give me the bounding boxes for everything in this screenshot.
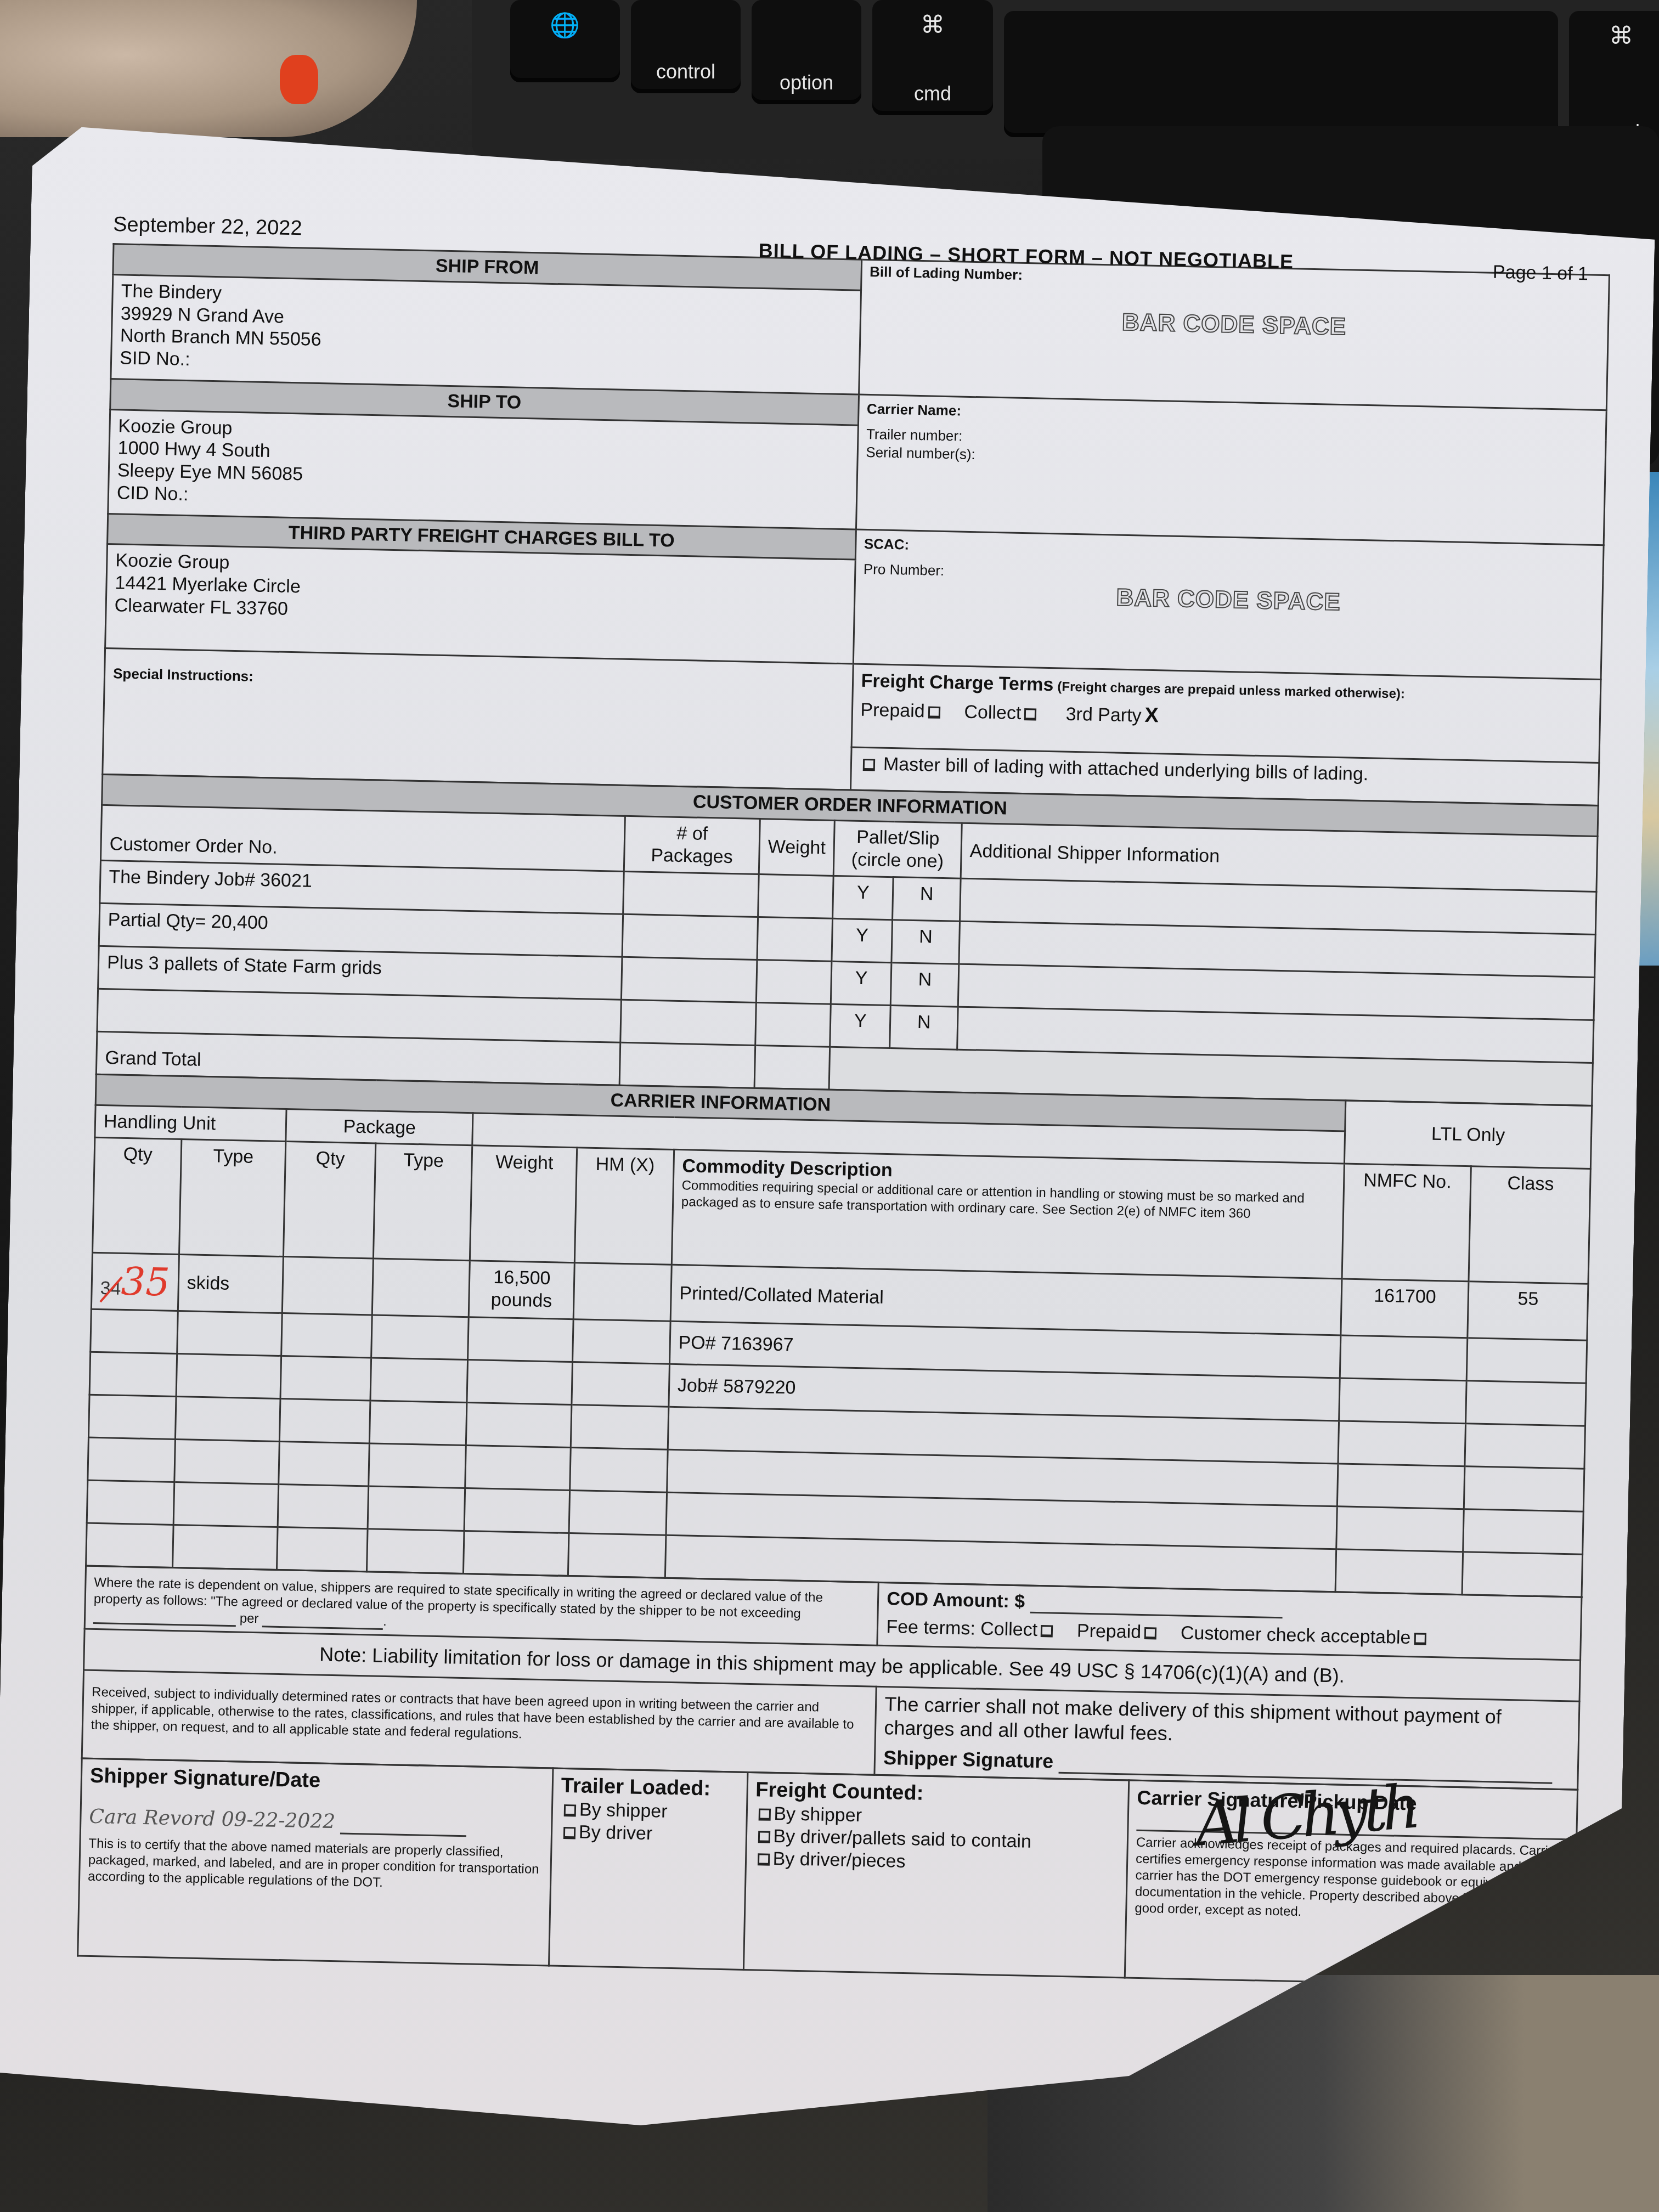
weight-cell[interactable] [758,874,833,918]
shipper-sig-date-cell: Shipper Signature/Date Cara Revord 09-22… [78,1758,553,1966]
signature-table: Shipper Signature/Date Cara Revord 09-22… [77,1757,1578,1988]
scac-cell: SCAC: Pro Number: BAR CODE SPACE [853,529,1604,680]
fee-terms-label: Fee terms: [886,1616,975,1639]
declared-value-field[interactable] [93,1613,236,1627]
packages-cell[interactable] [622,957,757,1002]
shipper-sig-date-label: Shipper Signature/Date [90,1764,545,1798]
col-commodity: Commodity Description Commodities requir… [672,1150,1344,1279]
shipper-handwritten-signature[interactable]: Cara Revord 09-22-2022 [89,1805,336,1833]
command-icon: ⌘ [872,11,993,39]
checkbox-icon [862,759,874,771]
hu-type-cell[interactable]: skids [178,1255,284,1313]
ship-to-address: Koozie Group 1000 Hwy 4 South Sleepy Eye… [108,409,858,529]
weight-cell[interactable]: 16,500 pounds [469,1261,575,1319]
hu-qty-printed: 34 [100,1278,121,1299]
pallet-no[interactable]: N [890,1005,958,1049]
checkbox-icon [928,706,940,718]
cod-amount-label: COD Amount: $ [887,1589,1025,1612]
freight-term-prepaid[interactable]: Prepaid [860,699,944,722]
spacebar[interactable] [1004,11,1558,137]
globe-icon: 🌐 [510,11,620,39]
shipper-signature-label: Shipper Signature [883,1746,1054,1772]
pallet-yes[interactable]: Y [833,876,894,919]
bill-of-lading-paper: September 22, 2022 BILL OF LADING – SHOR… [0,126,1656,2146]
page-number: Page 1 of 1 [1493,261,1589,285]
option-key[interactable]: option [752,0,861,104]
col-pkg-qty: Qty [284,1142,376,1259]
fee-term-customer-check[interactable]: Customer check acceptable [1181,1623,1430,1649]
weight-cell[interactable] [755,1002,831,1047]
pallet-yes[interactable]: Y [832,918,893,962]
barcode-space-1: BAR CODE SPACE [868,302,1600,347]
special-instructions-label: Special Instructions: [113,665,844,698]
command-icon: ⌘ [1569,22,1659,50]
cod-amount-field[interactable] [1030,1597,1283,1619]
carrier-info-table: CARRIER INFORMATION LTL Only Handling Un… [85,1074,1593,1599]
customer-order-table: CUSTOMER ORDER INFORMATION Customer Orde… [95,774,1599,1106]
control-key[interactable]: control [631,0,741,93]
freight-term-3rd-party[interactable]: 3rd PartyX [1065,704,1159,727]
ship-from-address: The Bindery 39929 N Grand Ave North Bran… [111,274,861,394]
checkbox-icon [1144,1627,1156,1639]
doc-date: September 22, 2022 [113,213,443,245]
trailer-loaded-by-shipper[interactable]: By shipper [561,1798,738,1825]
checkbox-icon [564,1804,576,1816]
col-hu-type: Type [179,1139,286,1257]
pallet-no[interactable]: N [891,962,959,1007]
hu-qty-cell[interactable]: 3435 [91,1253,179,1311]
hazmat-cell[interactable] [573,1263,672,1322]
freight-terms-cell: Freight Charge Terms (Freight charges ar… [851,664,1601,763]
weight-cell[interactable] [756,960,832,1004]
checkbox-icon [1024,708,1036,720]
carrier-name-cell: Carrier Name: Trailer number: Serial num… [856,394,1606,545]
fee-term-prepaid[interactable]: Prepaid [1077,1621,1160,1643]
packages-cell[interactable] [623,871,759,917]
red-pin [280,55,318,104]
value-cod-table: Where the rate is dependent on value, sh… [81,1565,1583,1790]
col-hazmat: HM (X) [574,1148,674,1265]
grand-total-packages[interactable] [620,1042,755,1088]
checkbox-icon [1414,1633,1426,1645]
col-weight: Weight [470,1145,577,1263]
trailer-loaded-cell: Trailer Loaded: By shipper By driver [549,1768,747,1970]
nmfc-cell[interactable]: 161700 [1341,1279,1469,1338]
col-class: Class [1469,1166,1590,1284]
x-mark-icon: X [1144,704,1159,727]
globe-key[interactable]: 🌐 [510,0,620,82]
handling-unit-header: Handling Unit [95,1105,287,1142]
col-pallet-slip: Pallet/Slip (circle one) [833,821,962,878]
freight-terms-note: (Freight charges are prepaid unless mark… [1057,680,1405,702]
grand-total-weight[interactable] [754,1045,830,1090]
third-party-address: Koozie Group 14421 Myerlake Circle Clear… [105,544,855,664]
weight-cell[interactable] [757,917,833,961]
ltl-only-header: LTL Only [1344,1101,1592,1169]
cmd-key-left[interactable]: ⌘ cmd [872,0,993,115]
freight-terms-label: Freight Charge Terms [861,670,1054,695]
col-pkg-type: Type [373,1143,472,1261]
trailer-loaded-label: Trailer Loaded: [561,1774,738,1802]
packages-cell[interactable] [622,914,758,960]
special-instructions-cell[interactable]: Special Instructions: [103,648,853,791]
pallet-no[interactable]: N [891,919,960,964]
col-hu-qty: Qty [93,1138,182,1255]
col-nmfc: NMFC No. [1342,1164,1471,1282]
pkg-qty-cell[interactable] [283,1257,373,1315]
col-weight: Weight [759,819,834,876]
package-header: Package [286,1109,473,1145]
checkbox-icon [758,1831,770,1843]
pallet-no[interactable]: N [893,877,961,921]
checkbox-icon [758,1809,770,1821]
pallet-yes[interactable]: Y [830,1004,891,1048]
hu-qty-handwritten: 35 [121,1259,171,1305]
packages-cell[interactable] [620,1000,756,1045]
pallet-yes[interactable]: Y [831,961,892,1005]
declared-per-field[interactable] [262,1617,383,1630]
trailer-loaded-by-driver[interactable]: By driver [560,1821,738,1847]
col-packages: # of Packages [624,816,760,874]
checkbox-icon [757,1853,769,1865]
pkg-type-cell[interactable] [372,1259,470,1317]
delivery-terms-cell: The carrier shall not make delivery of t… [874,1686,1579,1790]
freight-counted-cell: Freight Counted: By shipper By driver/pa… [743,1772,1129,1977]
delivery-terms: The carrier shall not make delivery of t… [884,1692,1571,1754]
bill-of-lading: September 22, 2022 BILL OF LADING – SHOR… [77,188,1611,1988]
dot-certification: This is to certify that the above named … [88,1835,543,1894]
checkbox-icon [563,1827,575,1839]
col-customer-order-no: Customer Order No. [101,805,625,872]
checkbox-icon [1041,1625,1053,1637]
freight-term-collect[interactable]: Collect [964,702,1040,724]
received-terms: Received, subject to individually determ… [82,1670,876,1775]
class-cell[interactable]: 55 [1468,1282,1588,1341]
fee-term-collect[interactable]: Collect [980,1618,1057,1641]
addresses-table: SHIP FROM Bill of Lading Number: BAR COD… [101,243,1610,806]
master-bol-label: Master bill of lading with attached unde… [883,753,1369,785]
